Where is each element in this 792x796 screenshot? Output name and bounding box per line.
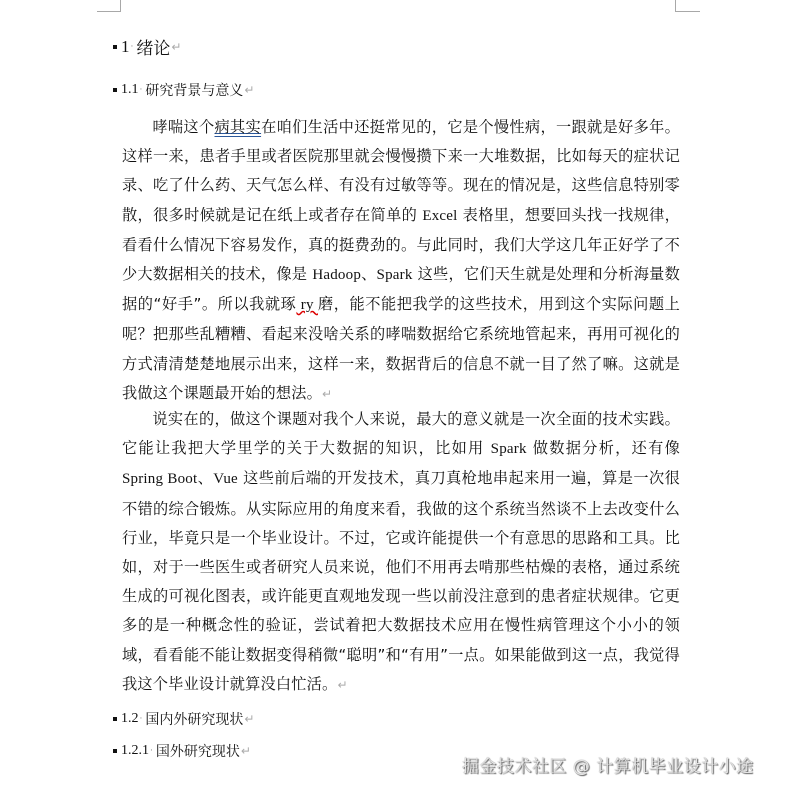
paragraph-mark-icon: ↵ (322, 387, 332, 401)
text-run: 、 (197, 469, 213, 487)
heading-number: 1.1 (121, 82, 139, 98)
heading-title: 国外研究现状 (156, 741, 240, 761)
paragraph-mark-icon: ↵ (241, 744, 251, 758)
paragraph-background[interactable]: 哮喘这个病其实在咱们生活中还挺常见的，它是个慢性病，一跟就是好多年。这样一来，患… (122, 113, 680, 409)
paragraph-mark-icon: ↵ (171, 40, 181, 54)
heading-title: 绪论 (136, 34, 170, 59)
text-run: Excel (422, 208, 457, 224)
text-run: 这些前后端的开发技术，真刀真枪地串起来用一遍，算是一次很不错的综合锻炼。从实际应… (122, 469, 680, 692)
heading-number: 1 (121, 37, 130, 57)
heading-title: 研究背景与意义 (145, 80, 243, 100)
heading-number: 1.2.1 (121, 743, 149, 759)
tab-marker: · (140, 714, 143, 724)
spelling-error-text[interactable]: ry (296, 297, 318, 313)
text-run: 做数据分析，还有像 (527, 439, 680, 457)
paragraph-mark-icon: ↵ (244, 712, 254, 726)
paragraph-mark-icon: ↵ (244, 83, 254, 97)
heading-1-1[interactable]: 1.1 · 研究背景与意义 ↵ (113, 80, 254, 100)
text-run: 哮喘这个 (152, 118, 214, 136)
heading-bullet-icon (113, 717, 117, 721)
page-corner-mark-top-right (675, 0, 700, 12)
heading-1-2-1[interactable]: 1.2.1 · 国外研究现状 ↵ (113, 741, 251, 761)
page-corner-mark-top-left (97, 0, 121, 12)
tab-marker: · (150, 746, 153, 756)
text-run: Spark (491, 441, 527, 457)
paragraph-mark-icon: ↵ (337, 678, 347, 692)
heading-1-2[interactable]: 1.2 · 国内外研究现状 ↵ (113, 709, 254, 729)
watermark: 掘金技术社区 @ 计算机毕业设计小途 (462, 752, 754, 777)
tab-marker: · (131, 42, 134, 52)
heading-number: 1.2 (121, 711, 139, 727)
grammar-flagged-text[interactable]: 病其实 (214, 118, 261, 136)
heading-bullet-icon (113, 88, 117, 92)
text-run: 、 (361, 265, 377, 283)
heading-bullet-icon (113, 749, 117, 753)
text-run: Spring Boot (122, 471, 197, 487)
paragraph-significance[interactable]: 说实在的，做这个课题对我个人来说，最大的意义就是一次全面的技术实践。它能让我把大… (122, 405, 680, 700)
heading-1[interactable]: 1 · 绪论 ↵ (113, 34, 181, 59)
heading-bullet-icon (113, 45, 117, 49)
text-run: Vue (213, 471, 238, 487)
tab-marker: · (140, 85, 143, 95)
text-run: Hadoop (312, 267, 361, 283)
heading-title: 国内外研究现状 (145, 709, 243, 729)
text-run: Spark (377, 267, 413, 283)
